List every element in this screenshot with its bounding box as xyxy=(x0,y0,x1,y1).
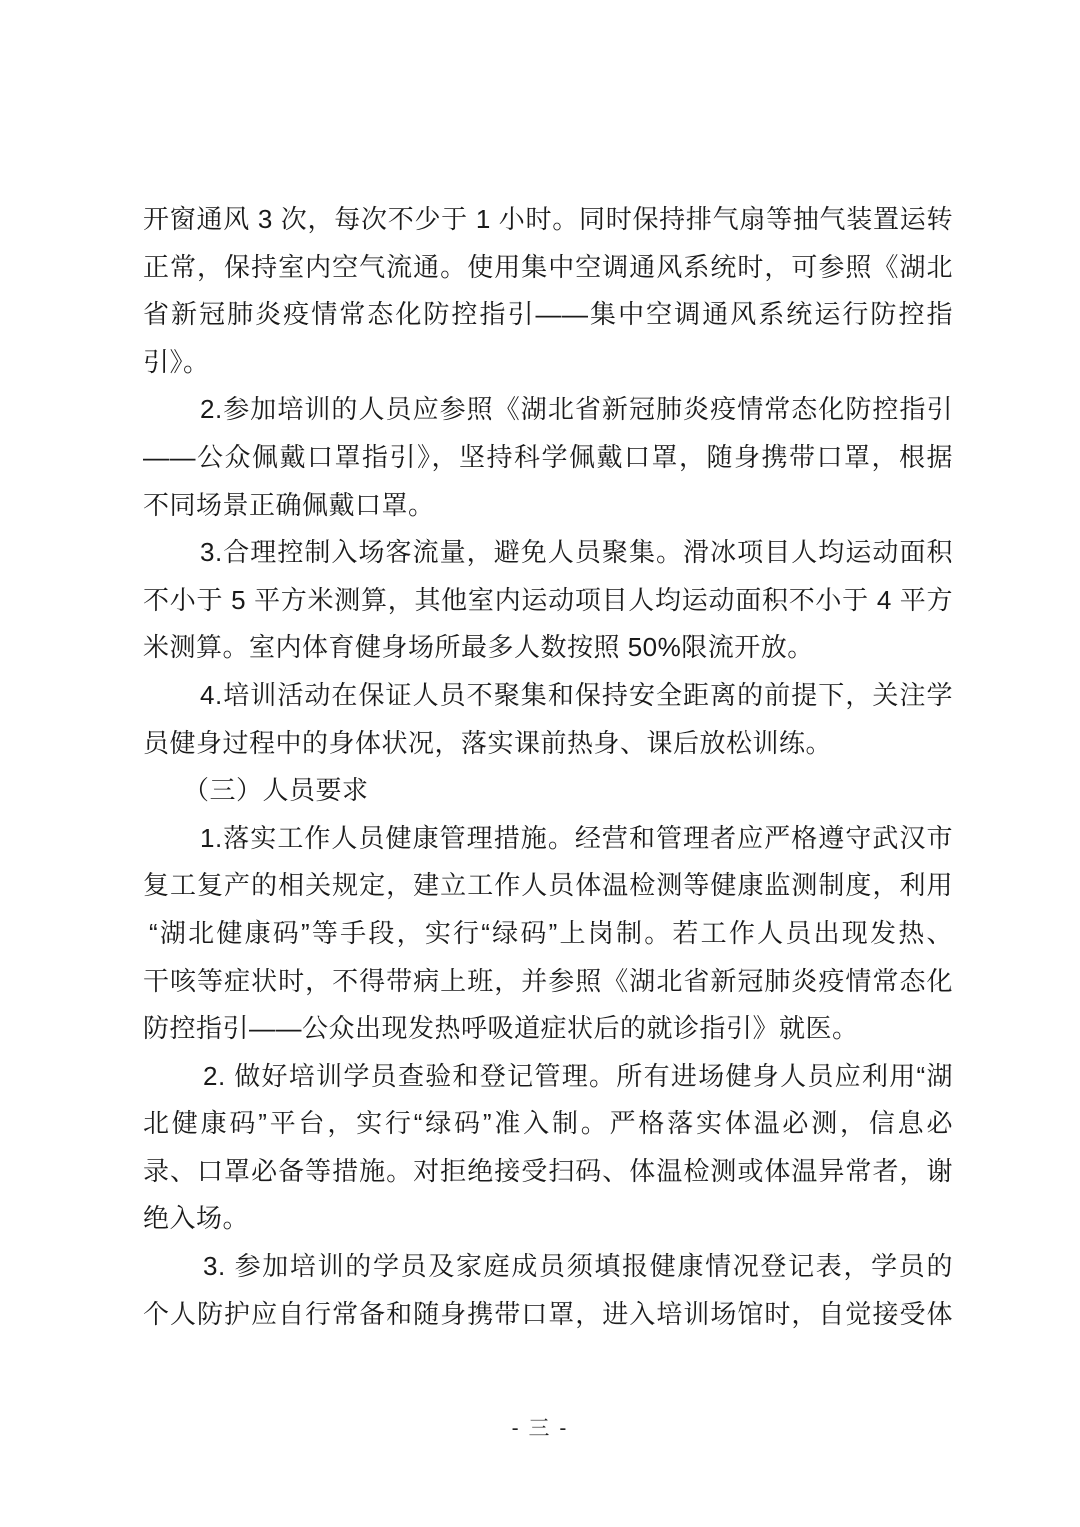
text-line: 不小于 5 平方米测算，其他室内运动项目人均运动面积不小于 4 平方 xyxy=(143,577,953,625)
text-line: 北健康码”平台，实行“绿码”准入制。严格落实体温必测，信息必 xyxy=(143,1100,953,1148)
text-line: 录、口罩必备等措施。对拒绝接受扫码、体温检测或体温异常者，谢 xyxy=(143,1148,953,1196)
text-line: ——公众佩戴口罩指引》，坚持科学佩戴口罩，随身携带口罩，根据 xyxy=(143,434,953,482)
text-line: 2. 做好培训学员查验和登记管理。所有进场健身人员应利用“湖 xyxy=(203,1053,953,1101)
text-line: 3.合理控制入场客流量，避免人员聚集。滑冰项目人均运动面积 xyxy=(200,529,953,577)
text-line: （三）人员要求 xyxy=(183,767,953,815)
page-number: - 三 - xyxy=(0,1416,1080,1442)
text-line: 1.落实工作人员健康管理措施。经营和管理者应严格遵守武汉市 xyxy=(200,815,953,863)
text-line: 开窗通风 3 次，每次不少于 1 小时。同时保持排气扇等抽气装置运转 xyxy=(143,196,953,244)
text-line: 个人防护应自行常备和随身携带口罩，进入培训场馆时，自觉接受体 xyxy=(143,1291,953,1339)
text-line: 省新冠肺炎疫情常态化防控指引——集中空调通风系统运行防控指 xyxy=(143,291,953,339)
text-line: 防控指引——公众出现发热呼吸道症状后的就诊指引》就医。 xyxy=(143,1005,953,1053)
text-line: 引》。 xyxy=(143,339,953,387)
text-line: 员健身过程中的身体状况，落实课前热身、课后放松训练。 xyxy=(143,720,953,768)
text-line: 复工复产的相关规定，建立工作人员体温检测等健康监测制度，利用 xyxy=(143,862,953,910)
text-line: “湖北健康码”等手段，实行“绿码”上岗制。若工作人员出现发热、 xyxy=(149,910,953,958)
text-line: 绝入场。 xyxy=(143,1195,953,1243)
text-line: 正常，保持室内空气流通。使用集中空调通风系统时，可参照《湖北 xyxy=(143,244,953,292)
text-line: 干咳等症状时，不得带病上班，并参照《湖北省新冠肺炎疫情常态化 xyxy=(143,958,953,1006)
text-line: 不同场景正确佩戴口罩。 xyxy=(143,482,953,530)
document-body: 开窗通风 3 次，每次不少于 1 小时。同时保持排气扇等抽气装置运转正常，保持室… xyxy=(143,196,953,1338)
text-line: 米测算。室内体育健身场所最多人数按照 50%限流开放。 xyxy=(143,624,953,672)
document-page: 开窗通风 3 次，每次不少于 1 小时。同时保持排气扇等抽气装置运转正常，保持室… xyxy=(0,0,1080,1527)
text-line: 2.参加培训的人员应参照《湖北省新冠肺炎疫情常态化防控指引 xyxy=(200,386,953,434)
text-line: 3. 参加培训的学员及家庭成员须填报健康情况登记表，学员的 xyxy=(203,1243,953,1291)
text-line: 4.培训活动在保证人员不聚集和保持安全距离的前提下，关注学 xyxy=(200,672,953,720)
